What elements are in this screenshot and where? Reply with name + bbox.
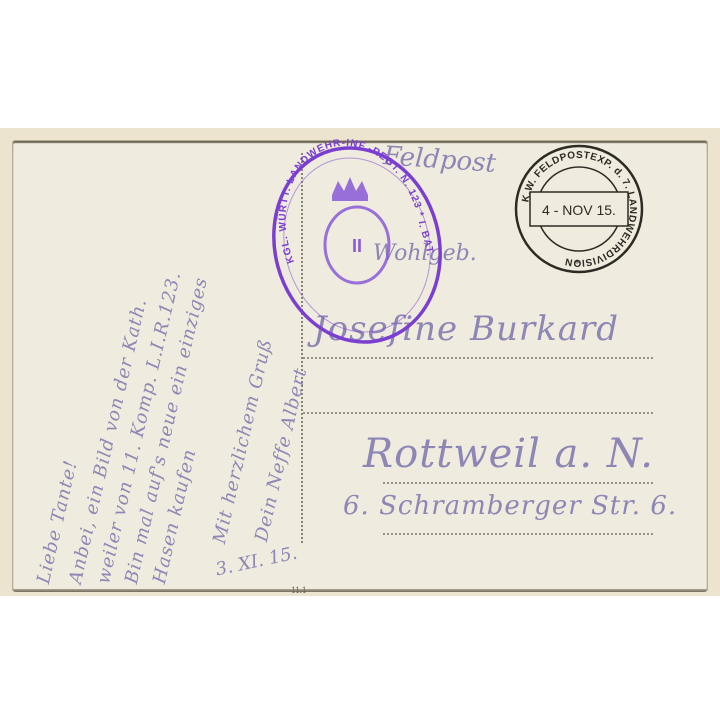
address-line-4 <box>383 533 653 535</box>
postmark: K.W. FELDPOSTEXP. d. 7. LANDWEHRDIVISION… <box>512 142 646 276</box>
star-icon: * <box>574 256 580 270</box>
svg-text:II: II <box>352 236 362 256</box>
postmark-date: 4 - NOV 15. <box>542 202 616 218</box>
unit-stamp-text: KGL. WÜRTT. LANDWEHR-INF.-REGT. N. 123 *… <box>257 121 436 294</box>
print-mark: 11.1 <box>291 585 306 595</box>
recipient-city: Rottweil a. N. <box>363 431 654 477</box>
crown-icon <box>332 177 368 201</box>
unit-stamp: KGL. WÜRTT. LANDWEHR-INF.-REGT. N. 123 *… <box>262 140 452 350</box>
address-line-2 <box>303 412 653 414</box>
recipient-street: 6. Schramberger Str. 6. <box>343 491 677 521</box>
date-written: 3. XI. 15. <box>214 543 299 581</box>
svg-text:KGL. WÜRTT. LANDWEHR-INF.-REGT: KGL. WÜRTT. LANDWEHR-INF.-REGT. N. 123 *… <box>257 121 436 294</box>
address-line-1 <box>303 357 653 359</box>
address-line-3 <box>383 482 653 484</box>
